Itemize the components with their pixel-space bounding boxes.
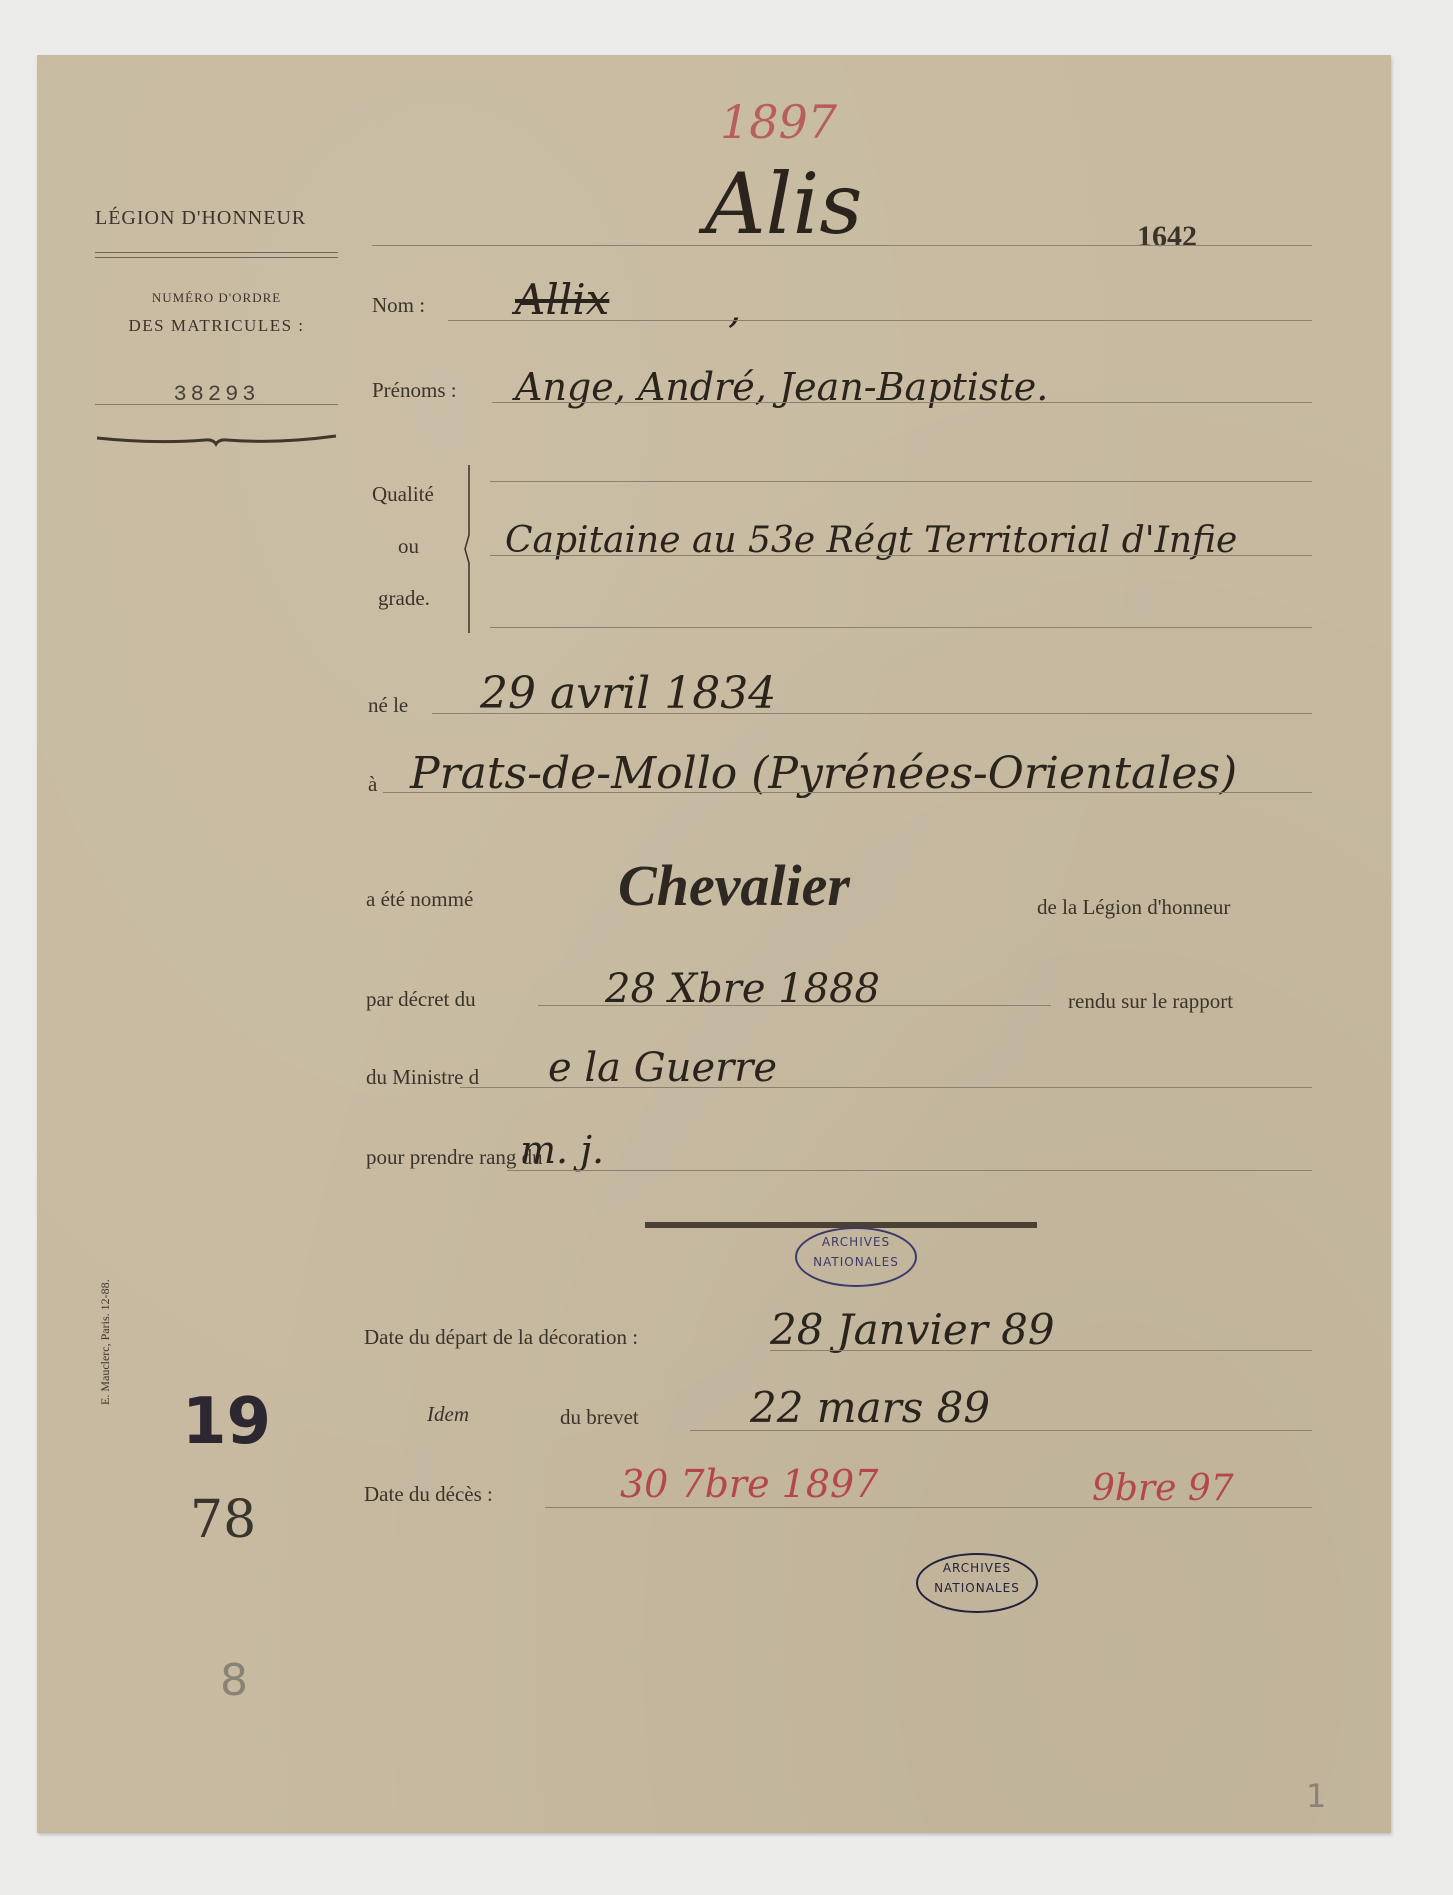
flourish-ornament bbox=[95, 430, 338, 450]
stamp-line-2: NATIONALES bbox=[918, 1581, 1036, 1595]
prenoms-rule bbox=[492, 402, 1312, 403]
qualite-rule-3 bbox=[490, 627, 1312, 628]
grade-title: Chevalier bbox=[618, 852, 850, 919]
red-year-annotation: 1897 bbox=[720, 95, 837, 149]
numero-ordre-label: NUMÉRO D'ORDRE bbox=[95, 290, 338, 306]
depart-value: 28 Janvier 89 bbox=[770, 1305, 1055, 1354]
printer-mark: E. Mauclerc, Paris. 12-88. bbox=[98, 1279, 113, 1405]
rapport-label: rendu sur le rapport bbox=[1068, 989, 1233, 1014]
nomme-label: a été nommé bbox=[366, 887, 473, 912]
deces-value: 30 7bre 1897 bbox=[620, 1462, 878, 1506]
decret-label: par décret du bbox=[366, 987, 476, 1012]
brace bbox=[463, 465, 473, 633]
deces-rule bbox=[545, 1507, 1312, 1508]
double-rule-bottom bbox=[95, 257, 338, 258]
nom-rule bbox=[448, 320, 1312, 321]
ou-label: ou bbox=[398, 534, 419, 559]
surname-heading: Alis bbox=[705, 155, 863, 253]
handwritten-number: 78 bbox=[190, 1490, 256, 1550]
archives-stamp-top: ARCHIVES NATIONALES bbox=[795, 1227, 917, 1287]
ministre-rule bbox=[460, 1087, 1312, 1088]
a-label: à bbox=[368, 772, 377, 797]
depart-label: Date du départ de la décoration : bbox=[364, 1325, 638, 1350]
brevet-label: du brevet bbox=[560, 1405, 639, 1430]
folio-number: 1 bbox=[1306, 1777, 1326, 1815]
matricule-rule bbox=[95, 404, 338, 405]
deces-note: 9bre 97 bbox=[1092, 1468, 1234, 1509]
brevet-rule bbox=[690, 1430, 1312, 1431]
qualite-rule-2 bbox=[490, 555, 1312, 556]
depart-rule bbox=[770, 1350, 1312, 1351]
double-rule-top bbox=[95, 252, 338, 253]
ne-le-value: 29 avril 1834 bbox=[480, 668, 776, 719]
stamp-line-2: NATIONALES bbox=[797, 1255, 915, 1269]
legion-header: LÉGION D'HONNEUR bbox=[95, 207, 306, 230]
rang-rule bbox=[507, 1170, 1312, 1171]
stamp-line-1: ARCHIVES bbox=[918, 1561, 1036, 1575]
ne-le-label: né le bbox=[368, 693, 408, 718]
qualite-rule-1 bbox=[490, 481, 1312, 482]
stamp-line-1: ARCHIVES bbox=[797, 1235, 915, 1249]
pencil-mark: 8 bbox=[220, 1655, 248, 1706]
legion-label: de la Légion d'honneur bbox=[1037, 895, 1230, 920]
matricules-label: DES MATRICULES : bbox=[95, 316, 338, 336]
nom-label: Nom : bbox=[372, 293, 425, 318]
lieu-rule bbox=[383, 792, 1312, 793]
grade-label: grade. bbox=[378, 586, 430, 611]
heading-rule bbox=[372, 245, 1312, 246]
nom-comma: , bbox=[728, 283, 741, 332]
rang-label: pour prendre rang du bbox=[366, 1145, 543, 1170]
deces-label: Date du décès : bbox=[364, 1482, 493, 1507]
brevet-value: 22 mars 89 bbox=[750, 1383, 990, 1432]
idem-label: Idem bbox=[427, 1402, 469, 1427]
file-number: 1642 bbox=[1137, 220, 1197, 254]
decret-rule bbox=[538, 1005, 1051, 1006]
nom-value-struck: Allix bbox=[515, 275, 609, 324]
prenoms-label: Prénoms : bbox=[372, 378, 457, 403]
ministre-value: e la Guerre bbox=[548, 1045, 777, 1091]
ne-le-rule bbox=[432, 713, 1312, 714]
rang-value: m. j. bbox=[520, 1128, 604, 1172]
stamped-number: 19 bbox=[182, 1385, 271, 1459]
archives-stamp-bottom: ARCHIVES NATIONALES bbox=[916, 1553, 1038, 1613]
qualite-label: Qualité bbox=[372, 482, 434, 507]
